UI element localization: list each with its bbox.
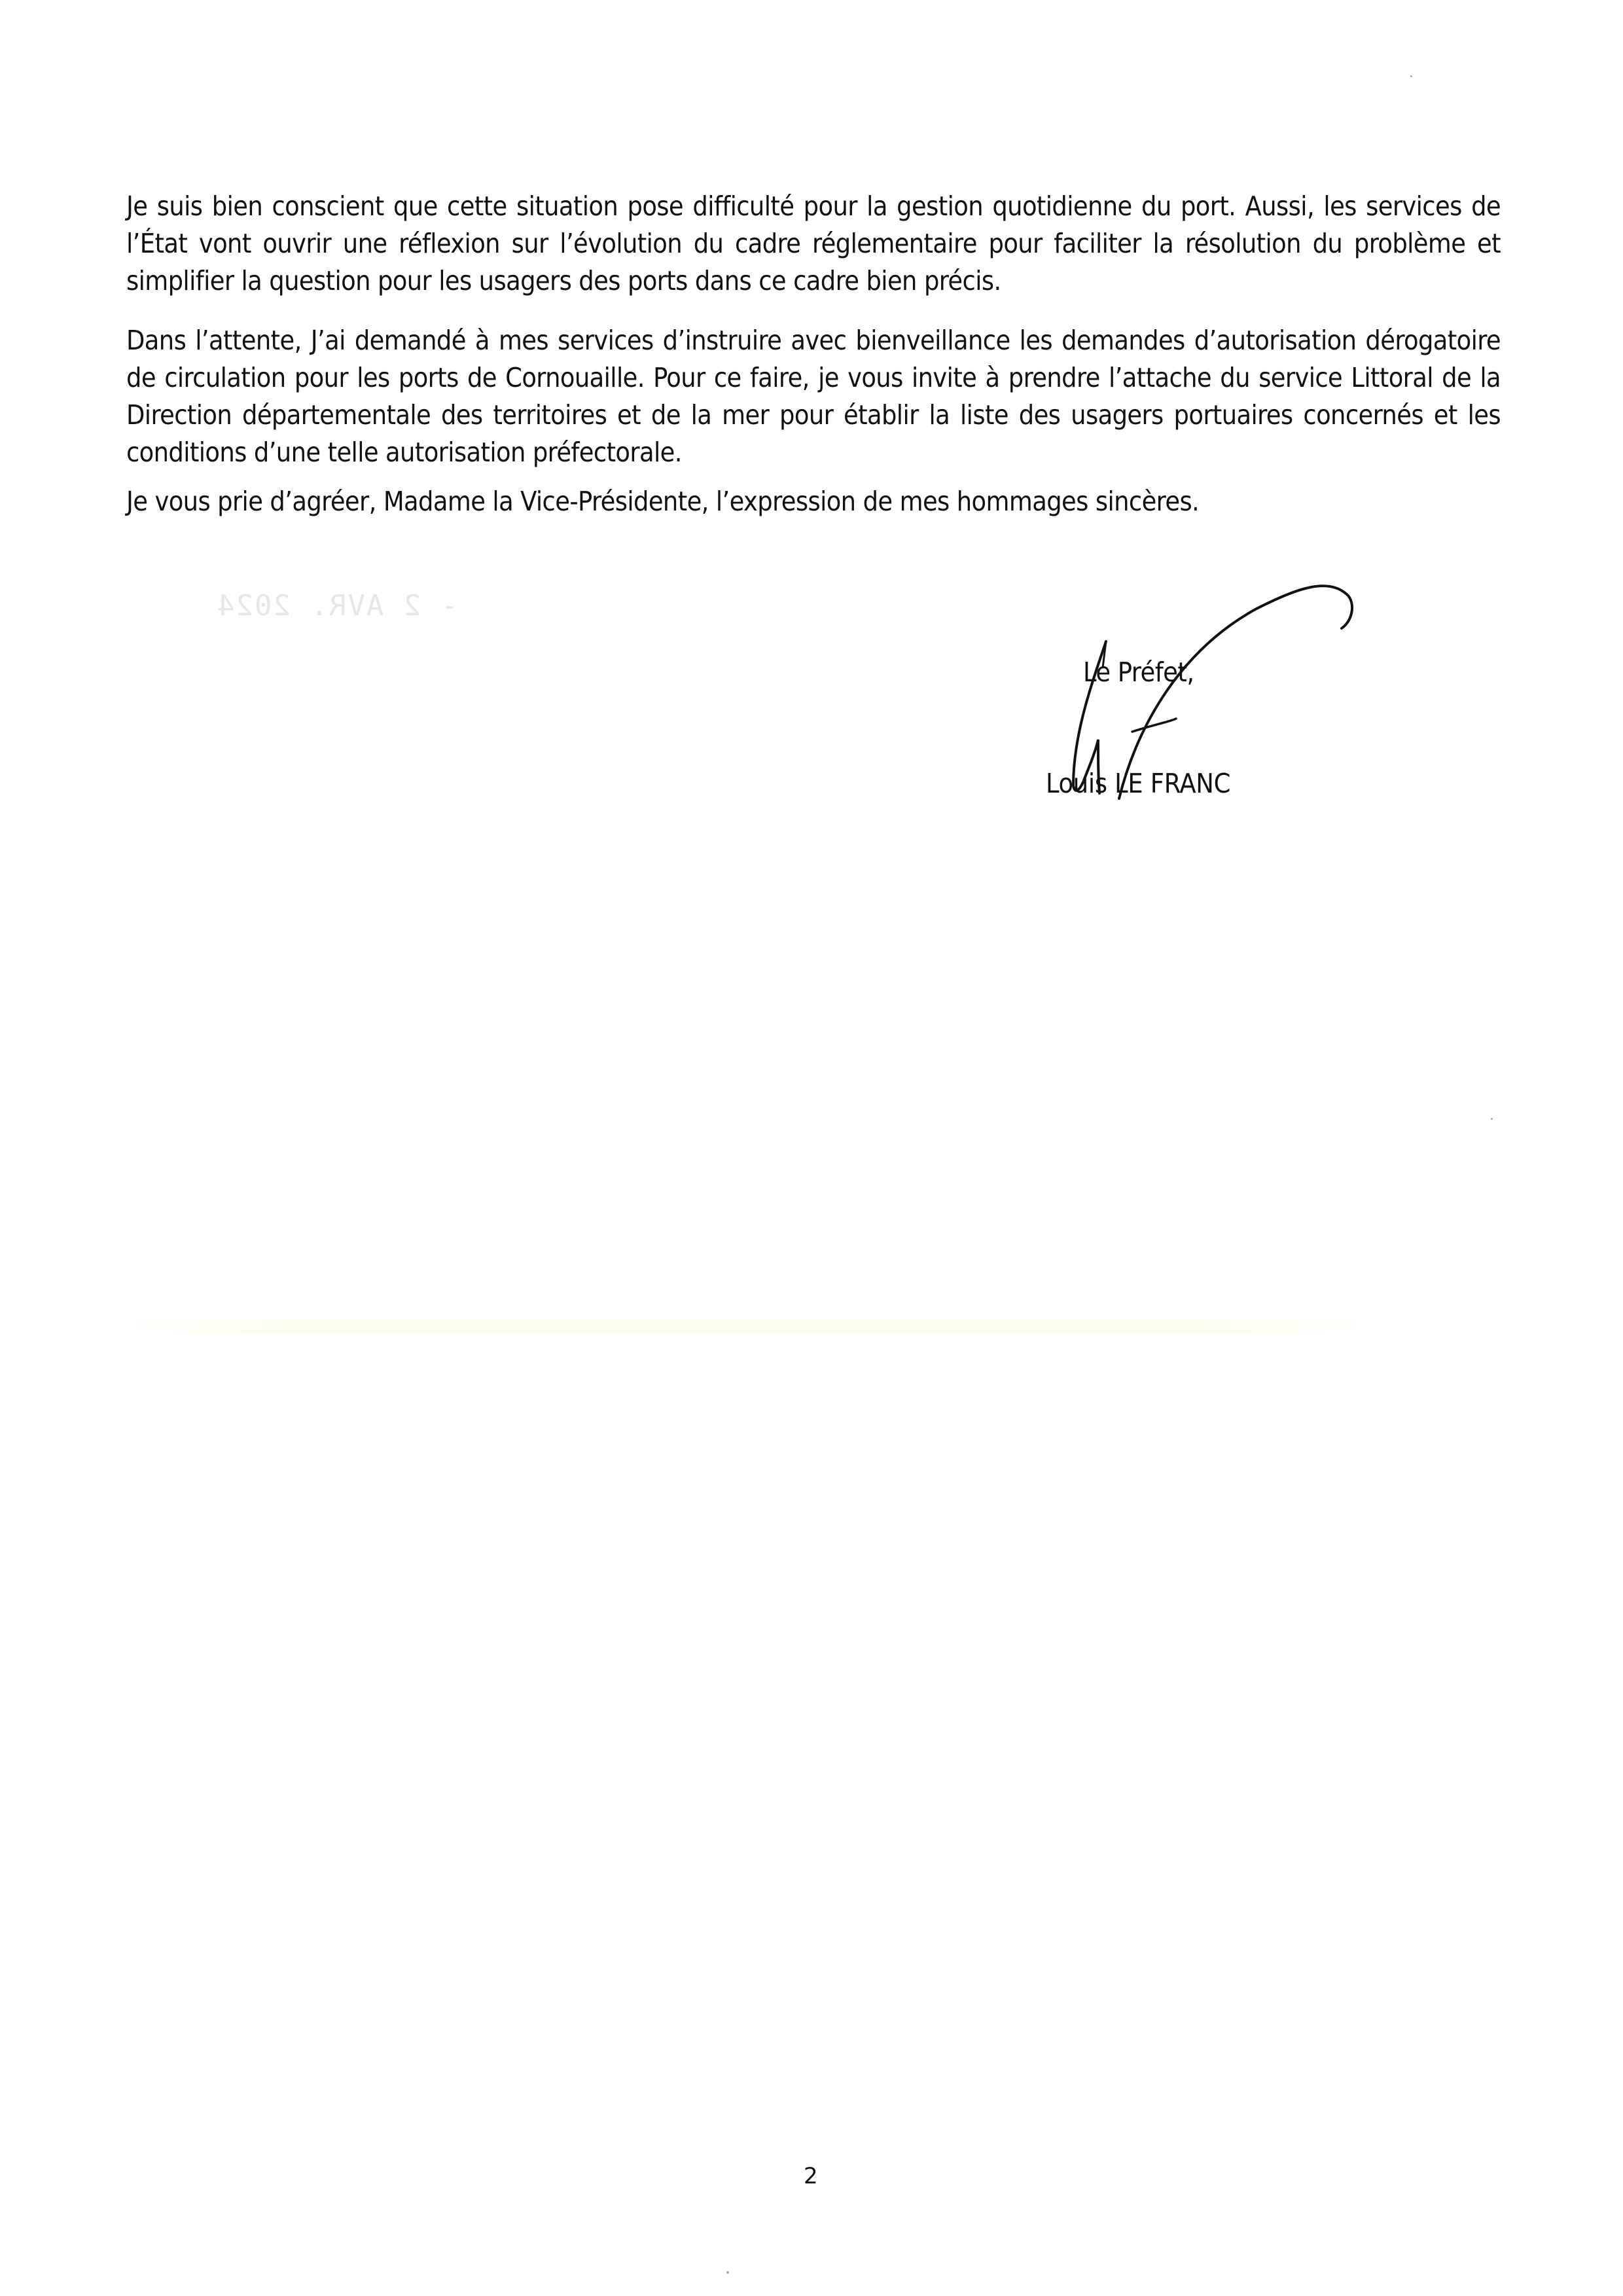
paragraph-text: Je suis bien conscient que cette situati… <box>126 188 1501 300</box>
scan-speck <box>1491 1118 1493 1120</box>
scan-speck <box>1410 75 1412 77</box>
bleed-through-strip <box>105 1319 1387 1333</box>
paragraph-text: Je vous prie d’agréer, Madame la Vice-Pr… <box>126 483 1501 520</box>
paragraph-authorization: Dans l’attente, J’ai demandé à mes servi… <box>126 322 1501 471</box>
signature-block: Le Préfet, Louis LE FRANC <box>1021 576 1479 812</box>
scan-speck <box>726 2271 729 2274</box>
signatory-name: Louis LE FRANC <box>1046 768 1230 799</box>
paragraph-closing: Je vous prie d’agréer, Madame la Vice-Pr… <box>126 483 1501 520</box>
document-page: Je suis bien conscient que cette situati… <box>0 0 1623 2296</box>
paragraph-text: Dans l’attente, J’ai demandé à mes servi… <box>126 322 1501 471</box>
signatory-title: Le Préfet, <box>1083 656 1194 688</box>
bleed-through-date-stamp: - 2 AVR. 2024 <box>216 589 458 622</box>
page-number: 2 <box>804 2163 818 2189</box>
paragraph-difficulty: Je suis bien conscient que cette situati… <box>126 188 1501 300</box>
